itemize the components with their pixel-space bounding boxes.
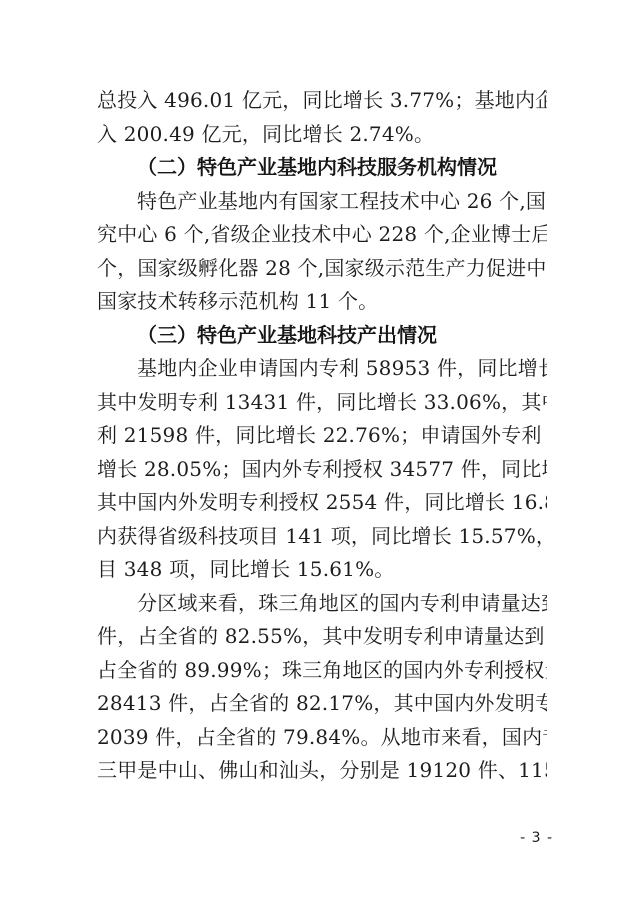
text-line: 三甲是中山、佛山和汕头，分别是 19120 件、11540 件、7428 xyxy=(97,754,547,788)
text-line: 内获得省级科技项目 141 项，同比增长 15.57%，市级科技项 xyxy=(97,520,547,554)
text-line: 分区域来看，珠三角地区的国内专利申请量达到 48668 xyxy=(97,587,547,621)
paragraph-service-institutions: 特色产业基地内有国家工程技术中心 26 个,国家工程研 究中心 6 个,省级企业… xyxy=(97,185,547,319)
text-line: 占全省的 89.99%；珠三角地区的国内外专利授权量达到 xyxy=(97,654,547,688)
text-line: 目 348 项，同比增长 15.61%。 xyxy=(97,553,547,587)
text-line: 利 21598 件，同比增长 22.76%；申请国外专利 420 件，同比 xyxy=(97,419,547,453)
page-number: - 3 - xyxy=(97,830,553,846)
text-line: 其中国内外发明专利授权 2554 件，同比增长 16.83%。基地 xyxy=(97,486,547,520)
text-line: 入 200.49 亿元，同比增长 2.74%。 xyxy=(97,118,547,152)
text-line: 28413 件，占全省的 82.17%，其中国内外发明专利授权量为 xyxy=(97,687,547,721)
text-line: 个，国家级孵化器 28 个,国家级示范生产力促进中心 2 个, xyxy=(97,252,547,286)
paragraph-patent-output: 基地内企业申请国内专利 58953 件，同比增长 18.14%, 其中发明专利 … xyxy=(97,352,547,587)
document-body: 总投入 496.01 亿元，同比增长 3.77%；基地内企业研发总投 入 200… xyxy=(97,84,547,788)
section-heading-2: （二）特色产业基地内科技服务机构情况 xyxy=(97,151,547,185)
text-line: 件，占全省的 82.55%，其中发明专利申请量达到 12087 件， xyxy=(97,620,547,654)
text-line: 究中心 6 个,省级企业技术中心 228 个,企业博士后工作站 48 xyxy=(97,218,547,252)
section-heading-3: （三）特色产业基地科技产出情况 xyxy=(97,319,547,353)
paragraph-rd-investment: 总投入 496.01 亿元，同比增长 3.77%；基地内企业研发总投 入 200… xyxy=(97,84,547,151)
text-line: 2039 件，占全省的 79.84%。从地市来看，国内专利申请量的 xyxy=(97,721,547,755)
text-line: 其中发明专利 13431 件，同比增长 33.06%，其中实用新型专 xyxy=(97,386,547,420)
text-line: 总投入 496.01 亿元，同比增长 3.77%；基地内企业研发总投 xyxy=(97,84,547,118)
document-page: 总投入 496.01 亿元，同比增长 3.77%；基地内企业研发总投 入 200… xyxy=(0,0,640,905)
text-line: 基地内企业申请国内专利 58953 件，同比增长 18.14%, xyxy=(97,352,547,386)
text-line: 国家技术转移示范机构 11 个。 xyxy=(97,285,547,319)
text-line: 增长 28.05%；国内外专利授权 34577 件，同比增长 21.01%, xyxy=(97,453,547,487)
text-line: 特色产业基地内有国家工程技术中心 26 个,国家工程研 xyxy=(97,185,547,219)
paragraph-regional-breakdown: 分区域来看，珠三角地区的国内专利申请量达到 48668 件，占全省的 82.55… xyxy=(97,587,547,788)
